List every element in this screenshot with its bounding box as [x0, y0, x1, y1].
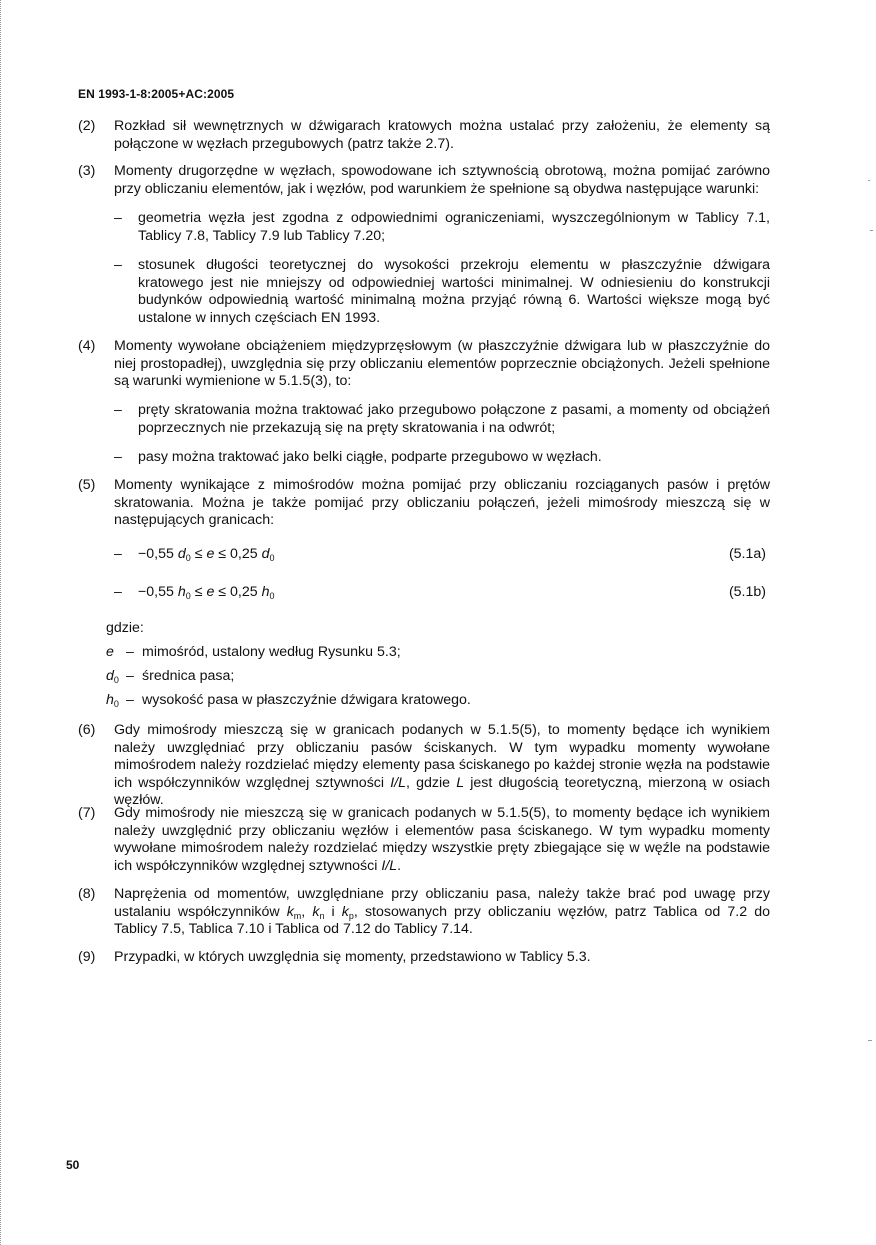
symbol-description: mimośród, ustalony według Rysunku 5.3; [142, 644, 401, 662]
list-dash: – [114, 402, 122, 420]
paragraph-text: Momenty drugorzędne w węzłach, spowodowa… [114, 163, 770, 198]
formula-5-1a: – −0,55 d0 ≤ e ≤ 0,25 d0 (5.1a) [114, 546, 766, 564]
paragraph-text: Rozkład sił wewnętrznych w dźwigarach kr… [114, 118, 770, 153]
paragraph-text: Momenty wynikające z mimośrodów można po… [114, 477, 770, 530]
paragraph-7: (7) Gdy mimośrody nie mieszczą się w gra… [78, 805, 770, 875]
list-dash: – [114, 257, 122, 275]
paragraph-3: (3) Momenty drugorzędne w węzłach, spowo… [78, 163, 770, 198]
symbol: e [106, 644, 128, 662]
paragraph-9: (9) Przypadki, w których uwzględnia się … [78, 949, 770, 967]
paragraph-number: (2) [78, 118, 108, 136]
paragraph-number: (9) [78, 949, 108, 967]
equation-number: (5.1a) [729, 546, 766, 564]
paragraph-text: Momenty wywołane obciążeniem międzyprzęs… [114, 338, 770, 391]
equation-number: (5.1b) [729, 584, 766, 602]
page-left-edge [0, 0, 3, 1245]
paragraph-number: (8) [78, 886, 108, 904]
paragraph-number: (4) [78, 338, 108, 356]
scan-mark [868, 1040, 872, 1041]
paragraph-6: (6) Gdy mimośrody mieszczą się w granica… [78, 722, 770, 810]
paragraph-text: Przypadki, w których uwzględnia się mome… [114, 949, 770, 967]
paragraph-8: (8) Naprężenia od momentów, uwzględniane… [78, 886, 770, 939]
list-item-text: pasy można traktować jako belki ciągłe, … [138, 449, 770, 467]
page-number: 50 [66, 1157, 79, 1175]
standard-header: EN 1993-1-8:2005+AC:2005 [78, 86, 234, 104]
list-item: – pręty skratowania można traktować jako… [114, 402, 770, 437]
formula-expression: −0,55 d0 ≤ e ≤ 0,25 d0 [138, 546, 275, 564]
list-dash: – [114, 584, 122, 602]
paragraph-text: Gdy mimośrody nie mieszczą się w granica… [114, 805, 770, 875]
scan-mark [870, 230, 873, 231]
paragraph-number: (7) [78, 805, 108, 823]
list-item: – stosunek długości teoretycznej do wyso… [114, 257, 770, 327]
paragraph-text: Gdy mimośrody mieszczą się w granicach p… [114, 722, 770, 810]
symbol: d0 [106, 668, 128, 686]
paragraph-4: (4) Momenty wywołane obciążeniem międzyp… [78, 338, 770, 391]
list-dash: – [114, 449, 122, 467]
paragraph-5: (5) Momenty wynikające z mimośrodów możn… [78, 477, 770, 530]
symbol-description: wysokość pasa w płaszczyźnie dźwigara kr… [142, 692, 471, 710]
paragraph-2: (2) Rozkład sił wewnętrznych w dźwigarac… [78, 118, 770, 153]
formula-5-1b: – −0,55 h0 ≤ e ≤ 0,25 h0 (5.1b) [114, 584, 766, 602]
paragraph-number: (3) [78, 163, 108, 181]
formula-expression: −0,55 h0 ≤ e ≤ 0,25 h0 [138, 584, 275, 602]
symbol-description: średnica pasa; [142, 668, 234, 686]
list-item: – pasy można traktować jako belki ciągłe… [114, 449, 770, 467]
symbol: h0 [106, 692, 128, 710]
where-label: gdzie: [106, 620, 144, 638]
list-item-text: stosunek długości teoretycznej do wysoko… [138, 257, 770, 327]
paragraph-number: (5) [78, 477, 108, 495]
symbol-dash: – [126, 644, 134, 662]
paragraph-text: Naprężenia od momentów, uwzględniane prz… [114, 886, 770, 939]
symbol-dash: – [126, 692, 134, 710]
paragraph-number: (6) [78, 722, 108, 740]
list-item-text: geometria węzła jest zgodna z odpowiedni… [138, 210, 770, 245]
list-item: – geometria węzła jest zgodna z odpowied… [114, 210, 770, 245]
list-item-text: pręty skratowania można traktować jako p… [138, 402, 770, 437]
list-dash: – [114, 210, 122, 228]
list-dash: – [114, 546, 122, 564]
symbol-dash: – [126, 668, 134, 686]
scan-mark [868, 180, 870, 181]
